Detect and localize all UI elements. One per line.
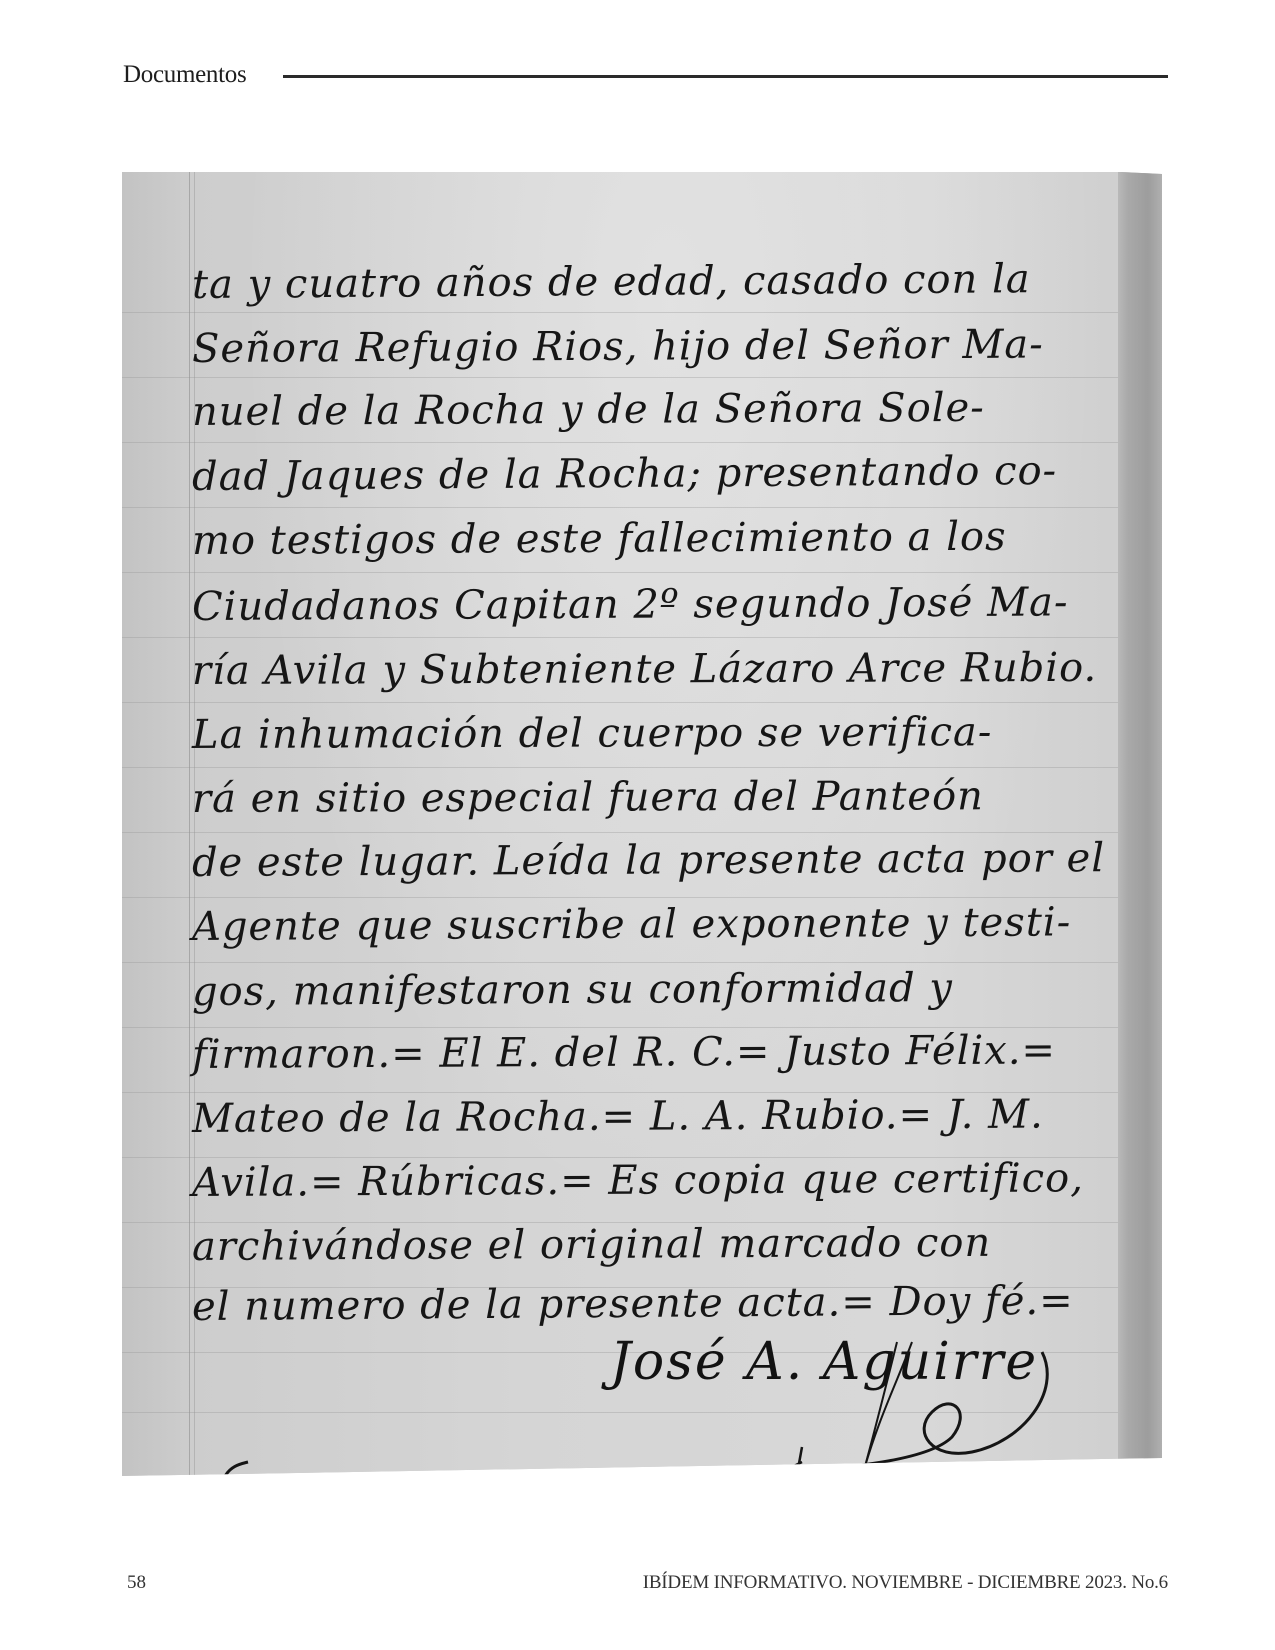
handwritten-line: gos, manifestaron su conformidad y [192, 962, 1112, 1017]
handwritten-line: dad Jaques de la Rocha; presentando co- [192, 446, 1112, 502]
page-footer: 58 IBÍDEM INFORMATIVO. NOVIEMBRE - DICIE… [123, 1570, 1168, 1598]
book-spine-shadow [1118, 172, 1162, 1476]
ruled-line [122, 507, 1118, 508]
handwritten-line: Avila.= Rúbricas.= Es copia que certific… [192, 1153, 1112, 1208]
handwriting-fragment-icon [222, 1460, 252, 1476]
signature-flourish-icon [502, 1302, 1062, 1476]
header-rule [283, 75, 1168, 78]
margin-line [189, 172, 190, 1476]
running-header: Documentos [123, 60, 1168, 90]
ruled-line [122, 767, 1118, 768]
ruled-line [122, 312, 1118, 313]
handwritten-line: ta y cuatro años de edad, casado con la [192, 254, 1112, 310]
handwritten-line: Señora Refugio Rios, hijo del Señor Ma- [192, 319, 1112, 374]
ruled-line [122, 832, 1118, 833]
handwritten-line: Mateo de la Rocha.= L. A. Rubio.= J. M. [192, 1089, 1112, 1144]
handwritten-line: Agente que suscribe al exponente y testi… [192, 897, 1112, 952]
handwritten-line: Ciudadanos Capitan 2º segundo José Ma- [192, 577, 1112, 632]
handwritten-line: nuel de la Rocha y de la Señora Sole- [192, 382, 1112, 437]
handwritten-line: de este lugar. Leída la presente acta po… [192, 833, 1112, 888]
ruled-line [122, 702, 1118, 703]
ruled-line [122, 377, 1118, 378]
handwritten-line: archivándose el original marcado con [192, 1217, 1112, 1272]
handwritten-line: La inhumación del cuerpo se verifica- [192, 707, 1112, 760]
handwritten-line: mo testigos de este fallecimiento a los [192, 511, 1112, 566]
handwritten-line: ría Avila y Subteniente Lázaro Arce Rubi… [192, 643, 1112, 696]
publication-info: IBÍDEM INFORMATIVO. NOVIEMBRE - DICIEMBR… [643, 1570, 1168, 1596]
ruled-line [122, 572, 1118, 573]
page-number: 58 [127, 1570, 146, 1596]
handwritten-document-scan: ta y cuatro años de edad, casado con la … [122, 172, 1162, 1476]
ruled-line [122, 637, 1118, 638]
section-title: Documentos [123, 60, 246, 90]
handwritten-line: firmaron.= El E. del R. C.= Justo Félix.… [192, 1025, 1112, 1080]
ruled-line [122, 442, 1118, 443]
handwritten-line: rá en sitio especial fuera del Panteón [192, 771, 1112, 824]
